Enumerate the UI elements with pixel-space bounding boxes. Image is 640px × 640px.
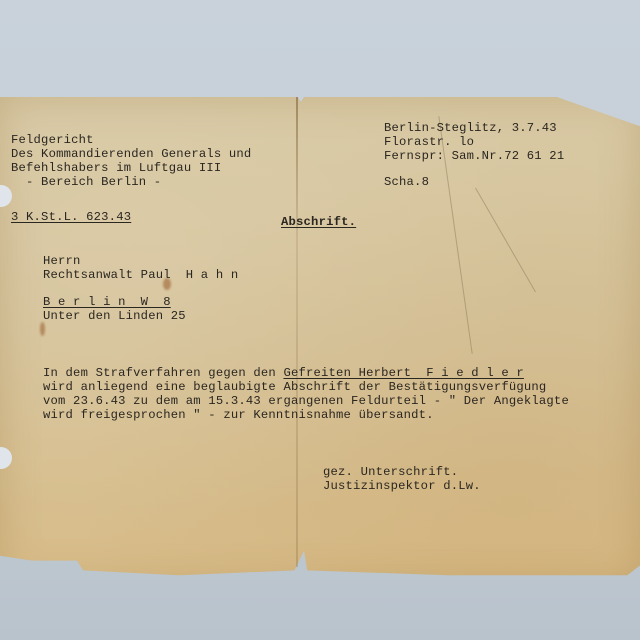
body-line-1: In dem Strafverfahren gegen den Gefreite… (43, 366, 524, 380)
signature-line-1: gez. Unterschrift. (323, 465, 458, 479)
recipient-salutation: Herrn (43, 254, 81, 268)
body-line-3: vom 23.6.43 zu dem am 15.3.43 ergangenen… (43, 394, 569, 408)
document-heading: Abschrift. (281, 215, 356, 229)
signature-line-2: Justizinspektor d.Lw. (323, 479, 481, 493)
sender-line-2: Des Kommandierenden Generals und (11, 147, 251, 161)
recipient-name: Rechtsanwalt Paul H a h n (43, 268, 238, 282)
rust-stain (40, 322, 45, 336)
address-line: Florastr. lo (384, 135, 474, 149)
body-line-4: wird freigesprochen " - zur Kenntnisnahm… (43, 408, 434, 422)
sender-line-3: Befehlshabers im Luftgau III (11, 161, 221, 175)
sender-line-1: Feldgericht (11, 133, 94, 147)
sender-line-4: - Bereich Berlin - (11, 175, 161, 189)
recipient-city: B e r l i n W 8 (43, 295, 171, 309)
file-code: Scha.8 (384, 175, 429, 189)
place-date-line: Berlin-Steglitz, 3.7.43 (384, 121, 557, 135)
phone-line: Fernspr: Sam.Nr.72 61 21 (384, 149, 564, 163)
paper-fold-crease (296, 97, 298, 567)
body-line-2: wird anliegend eine beglaubigte Abschrif… (43, 380, 546, 394)
defendant-name: Gefreiten Herbert F i e d l e r (283, 366, 523, 380)
recipient-street: Unter den Linden 25 (43, 309, 186, 323)
reference-number: 3 K.St.L. 623.43 (11, 210, 131, 224)
